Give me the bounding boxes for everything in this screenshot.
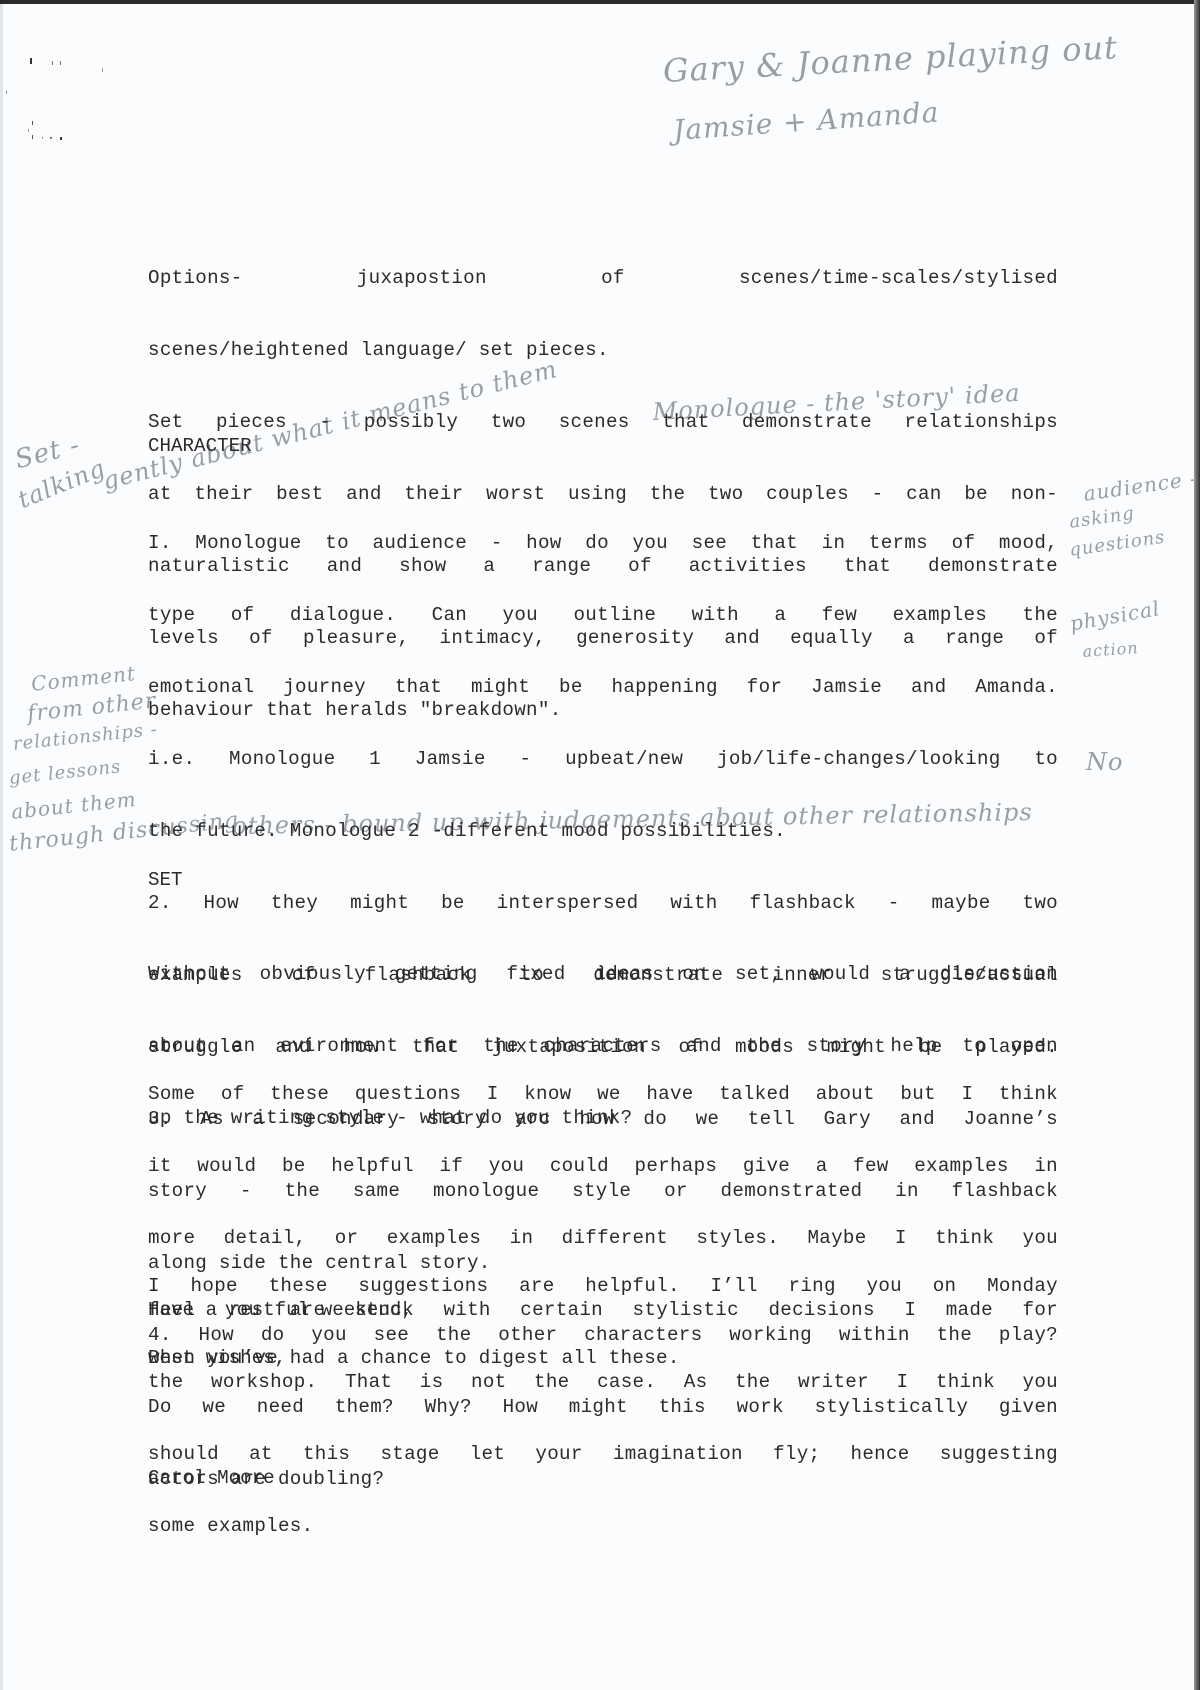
intro-line: Options- juxapostion of scenes/time-scal… <box>148 266 1058 290</box>
intro-line: scenes/heightened language/ set pieces. <box>148 338 1058 362</box>
handwritten-note-no: No <box>1086 748 1123 776</box>
character-line: emotional journey that might be happenin… <box>148 675 1058 699</box>
intro-line: Set pieces - possibly two scenes that de… <box>148 410 1058 434</box>
closing-line: some examples. <box>148 1514 1058 1538</box>
farewell-line: Have a restful weekend, <box>148 1298 413 1322</box>
closing-line: it would be helpful if you could perhaps… <box>148 1154 1058 1178</box>
closing-line: Some of these questions I know we have t… <box>148 1082 1058 1106</box>
closing-line: should at this stage let your imaginatio… <box>148 1442 1058 1466</box>
character-heading: CHARACTER <box>148 434 252 458</box>
signature-name: Carol Moore <box>148 1466 275 1490</box>
page-left-edge <box>0 0 3 1690</box>
handwritten-note-physical-2: action <box>1082 638 1139 661</box>
scan-right-border <box>1194 0 1200 1690</box>
signoff-line: Best wishes, <box>148 1346 286 1370</box>
closing-line: I hope these suggestions are helpful. I’… <box>148 1274 1058 1298</box>
character-line: i.e. Monologue 1 Jamsie - upbeat/new job… <box>148 747 1058 771</box>
character-line: the future. Monologue 2 -different mood … <box>148 819 1058 843</box>
set-heading: SET <box>148 868 183 892</box>
character-line: I. Monologue to audience - how do you se… <box>148 531 1058 555</box>
scan-top-border <box>0 0 1200 4</box>
character-line: 2. How they might be interspersed with f… <box>148 891 1058 915</box>
character-line: type of dialogue. Can you outline with a… <box>148 603 1058 627</box>
scan-marks <box>20 55 120 155</box>
set-line: Without obviously getting fixed ideas on… <box>148 962 1058 986</box>
